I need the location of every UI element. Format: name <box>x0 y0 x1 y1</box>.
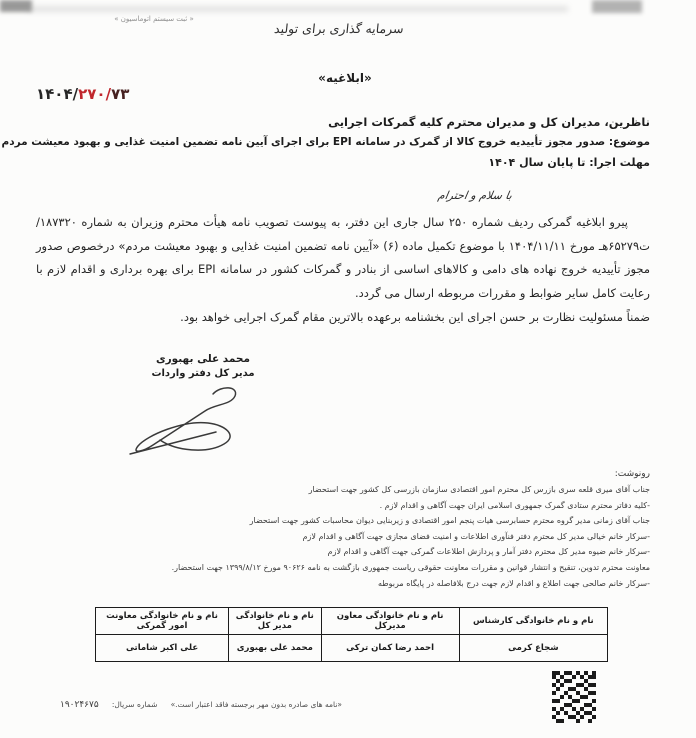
table-value-customs-deputy: علی اکبر شاماتی <box>96 635 229 662</box>
serial-label: شماره سریال: <box>112 700 158 709</box>
addressee-line: ناظرین، مدیران کل و مدیران محترم کلیه گم… <box>36 112 650 132</box>
table-header-expert: نام و نام خانوادگی کارشناس <box>459 608 607 635</box>
cc-item: -سرکار خانم ضیوه مدیر کل محترم دفتر آمار… <box>36 544 650 560</box>
signatory-name: محمد علی بهبوری <box>118 352 288 367</box>
reference-number: ۱۴۰۴/۲۷۰/۷۳ <box>36 85 129 103</box>
signers-table: نام و نام خانوادگی کارشناس نام و نام خان… <box>95 607 608 662</box>
signature-scribble-icon <box>105 380 290 460</box>
cc-item: -سرکار خانم صالحی جهت اطلاع و اقدام لازم… <box>36 576 650 592</box>
table-header-dg: نام و نام خانوادگی مدیر کل <box>229 608 321 635</box>
scan-smudge-top-right <box>592 0 642 13</box>
footer-line: «نامه های صادره بدون مهر برجسته فاقد اعت… <box>60 700 342 710</box>
scan-streak <box>28 6 568 12</box>
table-value-deputy-dg: احمد رضا کمان ترکی <box>321 635 459 662</box>
qr-code <box>552 671 596 723</box>
cc-item: جناب آقای میری قلعه سری بازرس کل محترم ا… <box>36 482 650 498</box>
notice-title: «ابلاغیه» <box>298 71 392 85</box>
cc-item: معاونت محترم تدوین، تنقیح و انتشار قوانی… <box>36 560 650 576</box>
deadline-line: مهلت اجرا: تا پایان سال ۱۴۰۴ <box>36 152 650 173</box>
automation-stamp-note: « ثبت سیستم اتوماسیون » <box>84 15 224 23</box>
table-value-expert: شجاع کرمی <box>459 635 607 662</box>
body-paragraph: پیرو ابلاغیه گمرکی ردیف شماره ۲۵۰ سال جا… <box>36 211 650 305</box>
body-note-paragraph: ضمناً مسئولیت نظارت بر حسن اجرای این بخش… <box>36 306 650 330</box>
table-value-row: شجاع کرمی احمد رضا کمان ترکی محمد علی به… <box>96 635 608 662</box>
subject-line: موضوع: صدور مجوز تأییدیه خروج کالا از گم… <box>36 132 650 152</box>
letter-head-block: ناظرین، مدیران کل و مدیران محترم کلیه گم… <box>36 112 650 173</box>
cc-item: -سرکار خانم خیالی مدیر کل محترم دفتر فنآ… <box>36 529 650 545</box>
scan-smudge-top-left <box>0 0 32 12</box>
cc-item: -کلیه دفاتر محترم ستادی گمرک جمهوری اسلا… <box>36 498 650 514</box>
cc-heading: رونوشت: <box>36 466 650 482</box>
signatory-title: مدیر کل دفتر واردات <box>118 367 288 381</box>
year-slogan: سرمایه گذاری برای تولید <box>263 21 415 36</box>
validity-note: «نامه های صادره بدون مهر برجسته فاقد اعت… <box>171 700 342 709</box>
letter-body: پیرو ابلاغیه گمرکی ردیف شماره ۲۵۰ سال جا… <box>36 211 650 330</box>
table-header-row: نام و نام خانوادگی کارشناس نام و نام خان… <box>96 608 608 635</box>
cc-block: رونوشت: جناب آقای میری قلعه سری بازرس کل… <box>36 466 650 591</box>
reference-number-year: ۱۴۰۴/ <box>36 85 78 103</box>
table-header-deputy-dg: نام و نام خانوادگی معاون مدیرکل <box>321 608 459 635</box>
reference-number-middle: ۲۷۰/ <box>78 85 111 103</box>
cc-item: جناب آقای زمانی مدیر گروه محترم حسابرسی … <box>36 513 650 529</box>
signature-block: محمد علی بهبوری مدیر کل دفتر واردات <box>118 352 288 381</box>
table-value-dg: محمد علی بهبوری <box>229 635 321 662</box>
reference-number-suffix: ۷۳ <box>111 85 129 103</box>
table-header-customs-deputy: نام و نام خانوادگی معاونت امور گمرکی <box>96 608 229 635</box>
serial-value: ۱۹۰۲۴۶۷۵ <box>60 700 99 710</box>
salutation: با سلام و احترام <box>419 189 531 202</box>
scanned-letter-page: « ثبت سیستم اتوماسیون » سرمایه گذاری برا… <box>0 0 696 738</box>
